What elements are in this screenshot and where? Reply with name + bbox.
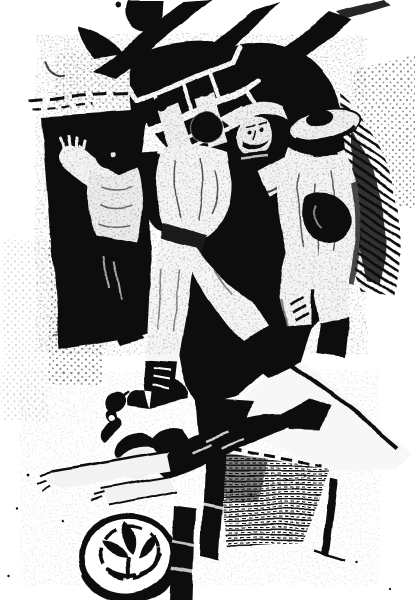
brawl-engraving: Black-and-white vintage engraving of a s… — [0, 0, 415, 600]
grain-overlay — [36, 34, 366, 354]
ink-layer — [2, 0, 415, 600]
table-leg-post — [170, 505, 196, 600]
engraving-canvas: Black-and-white vintage engraving of a s… — [0, 0, 415, 600]
